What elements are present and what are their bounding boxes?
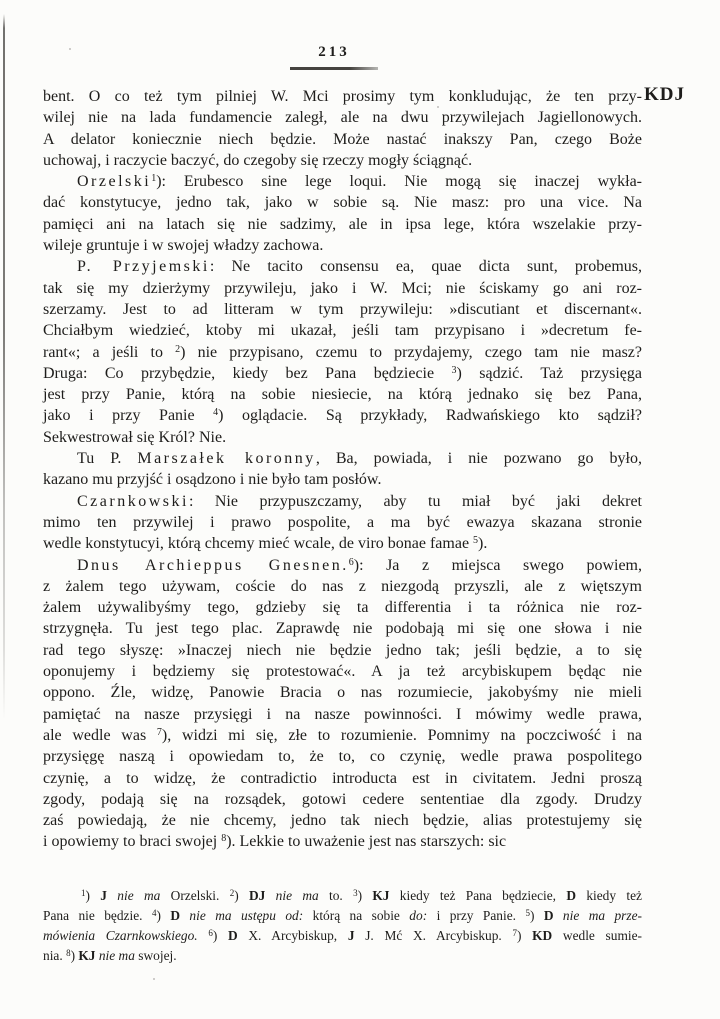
text-segment: ). Lekkie to uważenie jest nas starszych… <box>226 833 506 850</box>
text-segment: D <box>170 908 180 923</box>
text-segment: nie ma <box>265 888 329 903</box>
text-segment: ) <box>234 888 249 903</box>
text-segment: D <box>566 888 576 903</box>
body-text-line: pamiętać na nasze przysięgi i na nasze p… <box>43 704 642 725</box>
text-segment: ) <box>358 888 373 903</box>
text-segment: kazano mu przyjść i osądzono i nie było … <box>43 471 381 488</box>
text-segment: oponujemy i będziemy się protestować«. A… <box>43 663 642 680</box>
body-text-line: zgody, podają się na rozsądek, gotowi ce… <box>43 789 642 810</box>
body-text-line: rant«; a jeśli to 2) nie przypisano, cze… <box>43 342 642 363</box>
body-text-line: Chciałbym wiedzieć, ktoby mi ukazał, jeś… <box>43 320 642 341</box>
body-text-line: oppono. Źle, widzę, Panowie Bracia o nas… <box>43 682 642 703</box>
body-text-line: oponujemy i będziemy się protestować«. A… <box>43 661 642 682</box>
text-segment: kiedy też Pana będziecie, <box>390 888 567 903</box>
text-segment: KD <box>532 928 552 943</box>
text-segment: rad tego słyszę: »Inaczej niech nie będz… <box>43 642 642 659</box>
body-text-line: rad tego słyszę: »Inaczej niech nie będz… <box>43 640 642 661</box>
text-segment: rant«; a jeśli to <box>43 344 175 361</box>
text-segment: J. Mć X. Arcybiskup. <box>355 928 513 943</box>
body-text-line: Dnus Archieppus Gnesnen.6): Ja z miejsca… <box>43 555 642 576</box>
body-text-line: dać konstytucye, jedno tak, jako w sobie… <box>43 192 642 213</box>
text-segment: wedle sumie- <box>552 928 642 943</box>
text-segment: oppono. Źle, widzę, Panowie Bracia o nas… <box>43 684 642 701</box>
text-segment: pamiętać na nasze przysięgi i na nasze p… <box>43 706 642 723</box>
text-segment: Marszałek koronny <box>137 450 315 467</box>
body-text-line: Orzelski1): Erubesco sine lege loqui. Ni… <box>43 171 642 192</box>
text-segment: X. Arcybiskup, <box>238 928 348 943</box>
text-segment: : Nie przypuszczamy, aby tu miał być jak… <box>189 493 642 510</box>
body-text-line: P. Przyjemski: Ne tacito consensu ea, qu… <box>43 256 642 277</box>
text-segment: ) oglądacie. Są przykłady, Radwańskiego … <box>218 407 642 424</box>
text-segment: to. <box>329 888 353 903</box>
scan-speck <box>153 978 155 980</box>
text-segment: ) <box>517 928 532 943</box>
body-text-line: czynię, a to widzę, że contradictio intr… <box>43 768 642 789</box>
body-text-line: uchowaj, i raczycie baczyć, do czegoby s… <box>43 150 642 171</box>
text-segment: D <box>228 928 238 943</box>
text-segment: Druga: Co przybędzie, kiedy bez Pana będ… <box>43 365 452 382</box>
text-segment: nie ma prze- <box>554 908 643 923</box>
body-text-line: wedle konstytucyi, którą chcemy mieć wca… <box>43 533 642 554</box>
text-segment: ) sądzić. Taż przysięga <box>457 365 642 382</box>
text-segment: i przy Panie. <box>427 908 525 923</box>
text-segment: zaś powiedają, że nie chcemy, jedno tak … <box>43 812 642 829</box>
body-text-line: i opowiemy to braci swojej 8). Lekkie to… <box>43 831 642 852</box>
text-segment: tak się my dzierżymy przywileju, jako i … <box>43 280 642 297</box>
text-segment: strzygnęła. Tu jest tego plac. Zaprawdę … <box>43 620 642 637</box>
text-segment: zgody, podają się na rozsądek, gotowi ce… <box>43 791 642 808</box>
text-segment: ) <box>156 908 170 923</box>
body-text-line: szerzamy. Jest to ad litteram w tym przy… <box>43 299 642 320</box>
text-segment: KJ <box>372 888 389 903</box>
text-segment: przysięgę naszą i opowiedam to, że to, c… <box>43 748 642 765</box>
body-text-line: pamięci ani na latach się nie sadzimy, a… <box>43 214 642 235</box>
footnote-line: 1) J nie ma Orzelski. 2) DJ nie ma to. 3… <box>43 886 642 906</box>
text-segment: A delator koniecznie niech będzie. Może … <box>43 131 642 148</box>
body-text-line: przysięgę naszą i opowiedam to, że to, c… <box>43 746 642 767</box>
scanned-document-page: 213 KDJ bent. O co też tym pilniej W. Mc… <box>0 0 720 1019</box>
text-segment: ), widzi mi się, złe to rozumienie. Pomn… <box>162 727 642 744</box>
text-segment: nia. <box>43 948 66 963</box>
body-text-line: ale wedle was 7), widzi mi się, złe to r… <box>43 725 642 746</box>
footnote-line: nia. 8) KJ nie ma swojej. <box>43 946 642 966</box>
text-segment: D <box>544 908 554 923</box>
text-segment: Czarnkowski <box>77 493 189 510</box>
text-segment: ): Ja z miejsca swego powiem, <box>354 557 642 574</box>
text-segment: uchowaj, i raczycie baczyć, do czegoby s… <box>43 152 472 169</box>
text-segment: wilej nie na lada fundamencie zaległ, al… <box>43 109 642 126</box>
body-text-line: wilej nie na lada fundamencie zaległ, al… <box>43 107 642 128</box>
text-segment: bent. O co też tym pilniej W. Mci prosim… <box>43 88 642 105</box>
text-segment: P. Przyjemski <box>77 258 210 275</box>
body-text-line: A delator koniecznie niech będzie. Może … <box>43 129 642 150</box>
text-segment: pamięci ani na latach się nie sadzimy, a… <box>43 216 642 233</box>
body-text-line: jest przy Panie, którą na sobie niesieci… <box>43 384 642 405</box>
text-segment: dać konstytucye, jedno tak, jako w sobie… <box>43 194 642 211</box>
text-segment: i opowiemy to braci swojej <box>43 833 221 850</box>
text-segment: Dnus Archieppus Gnesnen. <box>77 557 349 574</box>
body-text-line: z żalem tego używam, coście do nas z nie… <box>43 576 642 597</box>
text-segment: kiedy też <box>576 888 642 903</box>
text-segment: którą na sobie <box>313 908 410 923</box>
footnote-line: mówienia Czarnkowskiego. 6) D X. Arcybis… <box>43 926 642 946</box>
footnotes-block: 1) J nie ma Orzelski. 2) DJ nie ma to. 3… <box>43 886 642 966</box>
text-segment: Sekwestrował się Król? Nie. <box>43 429 226 446</box>
text-segment: żalem używalibyśmy tego, gdzieby się ta … <box>43 599 642 616</box>
text-segment: czynię, a to widzę, że contradictio intr… <box>43 770 642 787</box>
text-segment: swojej. <box>138 948 176 963</box>
body-text-line: Sekwestrował się Król? Nie. <box>43 427 642 448</box>
text-segment: Orzelski. <box>171 888 230 903</box>
body-text-line: Czarnkowski: Nie przypuszczamy, aby tu m… <box>43 491 642 512</box>
text-segment: jest przy Panie, którą na sobie niesieci… <box>43 386 642 403</box>
body-text-line: kazano mu przyjść i osądzono i nie było … <box>43 469 642 490</box>
body-text-line: mimo ten przywilej i prawo pospolite, a … <box>43 512 642 533</box>
text-segment: Pana nie będzie. <box>43 908 152 923</box>
text-segment: ) <box>213 928 228 943</box>
text-segment: ) nie przypisano, czemu to przydajemy, c… <box>180 344 642 361</box>
text-segment: wedle konstytucyi, którą chcemy mieć wca… <box>43 535 473 552</box>
body-text-line: Druga: Co przybędzie, kiedy bez Pana będ… <box>43 363 642 384</box>
body-text-line: żalem używalibyśmy tego, gdzieby się ta … <box>43 597 642 618</box>
text-segment: ). <box>478 535 487 552</box>
text-segment: mimo ten przywilej i prawo pospolite, a … <box>43 514 642 531</box>
text-segment: ) <box>86 888 101 903</box>
footnote-line: Pana nie będzie. 4) D nie ma ustępu od: … <box>43 906 642 926</box>
text-segment: nie ma ustępu od: <box>180 908 313 923</box>
text-segment: ): Erubesco sine lege loqui. Nie mogą si… <box>156 173 642 190</box>
text-segment: jako i przy Panie <box>43 407 213 424</box>
text-segment: ) <box>530 908 544 923</box>
scan-speck <box>69 48 71 50</box>
body-text-line: zaś powiedają, że nie chcemy, jedno tak … <box>43 810 642 831</box>
text-segment: DJ <box>249 888 265 903</box>
text-segment: KJ <box>78 948 95 963</box>
text-segment: wileje gruntuje i w swojej władzy zachow… <box>43 237 323 254</box>
body-text-line: bent. O co też tym pilniej W. Mci prosim… <box>43 86 642 107</box>
text-segment: , Ba, powiada, i nie pozwano go było, <box>316 450 642 467</box>
scan-edge-artifact <box>3 14 5 720</box>
text-segment: : Ne tacito consensu ea, quae dicta sunt… <box>210 258 642 275</box>
page-number-rule <box>290 67 378 70</box>
text-segment: Orzelski <box>77 173 151 190</box>
text-segment: Chciałbym wiedzieć, ktoby mi ukazał, jeś… <box>43 322 642 339</box>
body-text-line: wileje gruntuje i w swojej władzy zachow… <box>43 235 642 256</box>
text-segment: nie ma <box>107 888 171 903</box>
text-segment: Tu P. <box>77 450 137 467</box>
text-segment: do: <box>409 908 427 923</box>
text-segment: mówienia Czarnkowskiego. <box>43 928 208 943</box>
page-number: 213 <box>290 44 378 61</box>
text-segment: nie ma <box>96 948 139 963</box>
body-text-line: strzygnęła. Tu jest tego plac. Zaprawdę … <box>43 618 642 639</box>
text-segment: szerzamy. Jest to ad litteram w tym przy… <box>43 301 642 318</box>
text-segment: J <box>100 888 107 903</box>
body-text-line: jako i przy Panie 4) oglądacie. Są przyk… <box>43 405 642 426</box>
text-segment: ale wedle was <box>43 727 157 744</box>
margin-sigla-note: KDJ <box>644 84 685 106</box>
text-segment: J <box>348 928 355 943</box>
main-text-block: bent. O co też tym pilniej W. Mci prosim… <box>43 86 642 853</box>
text-segment: z żalem tego używam, coście do nas z nie… <box>43 578 642 595</box>
body-text-line: Tu P. Marszałek koronny, Ba, powiada, i … <box>43 448 642 469</box>
body-text-line: tak się my dzierżymy przywileju, jako i … <box>43 278 642 299</box>
